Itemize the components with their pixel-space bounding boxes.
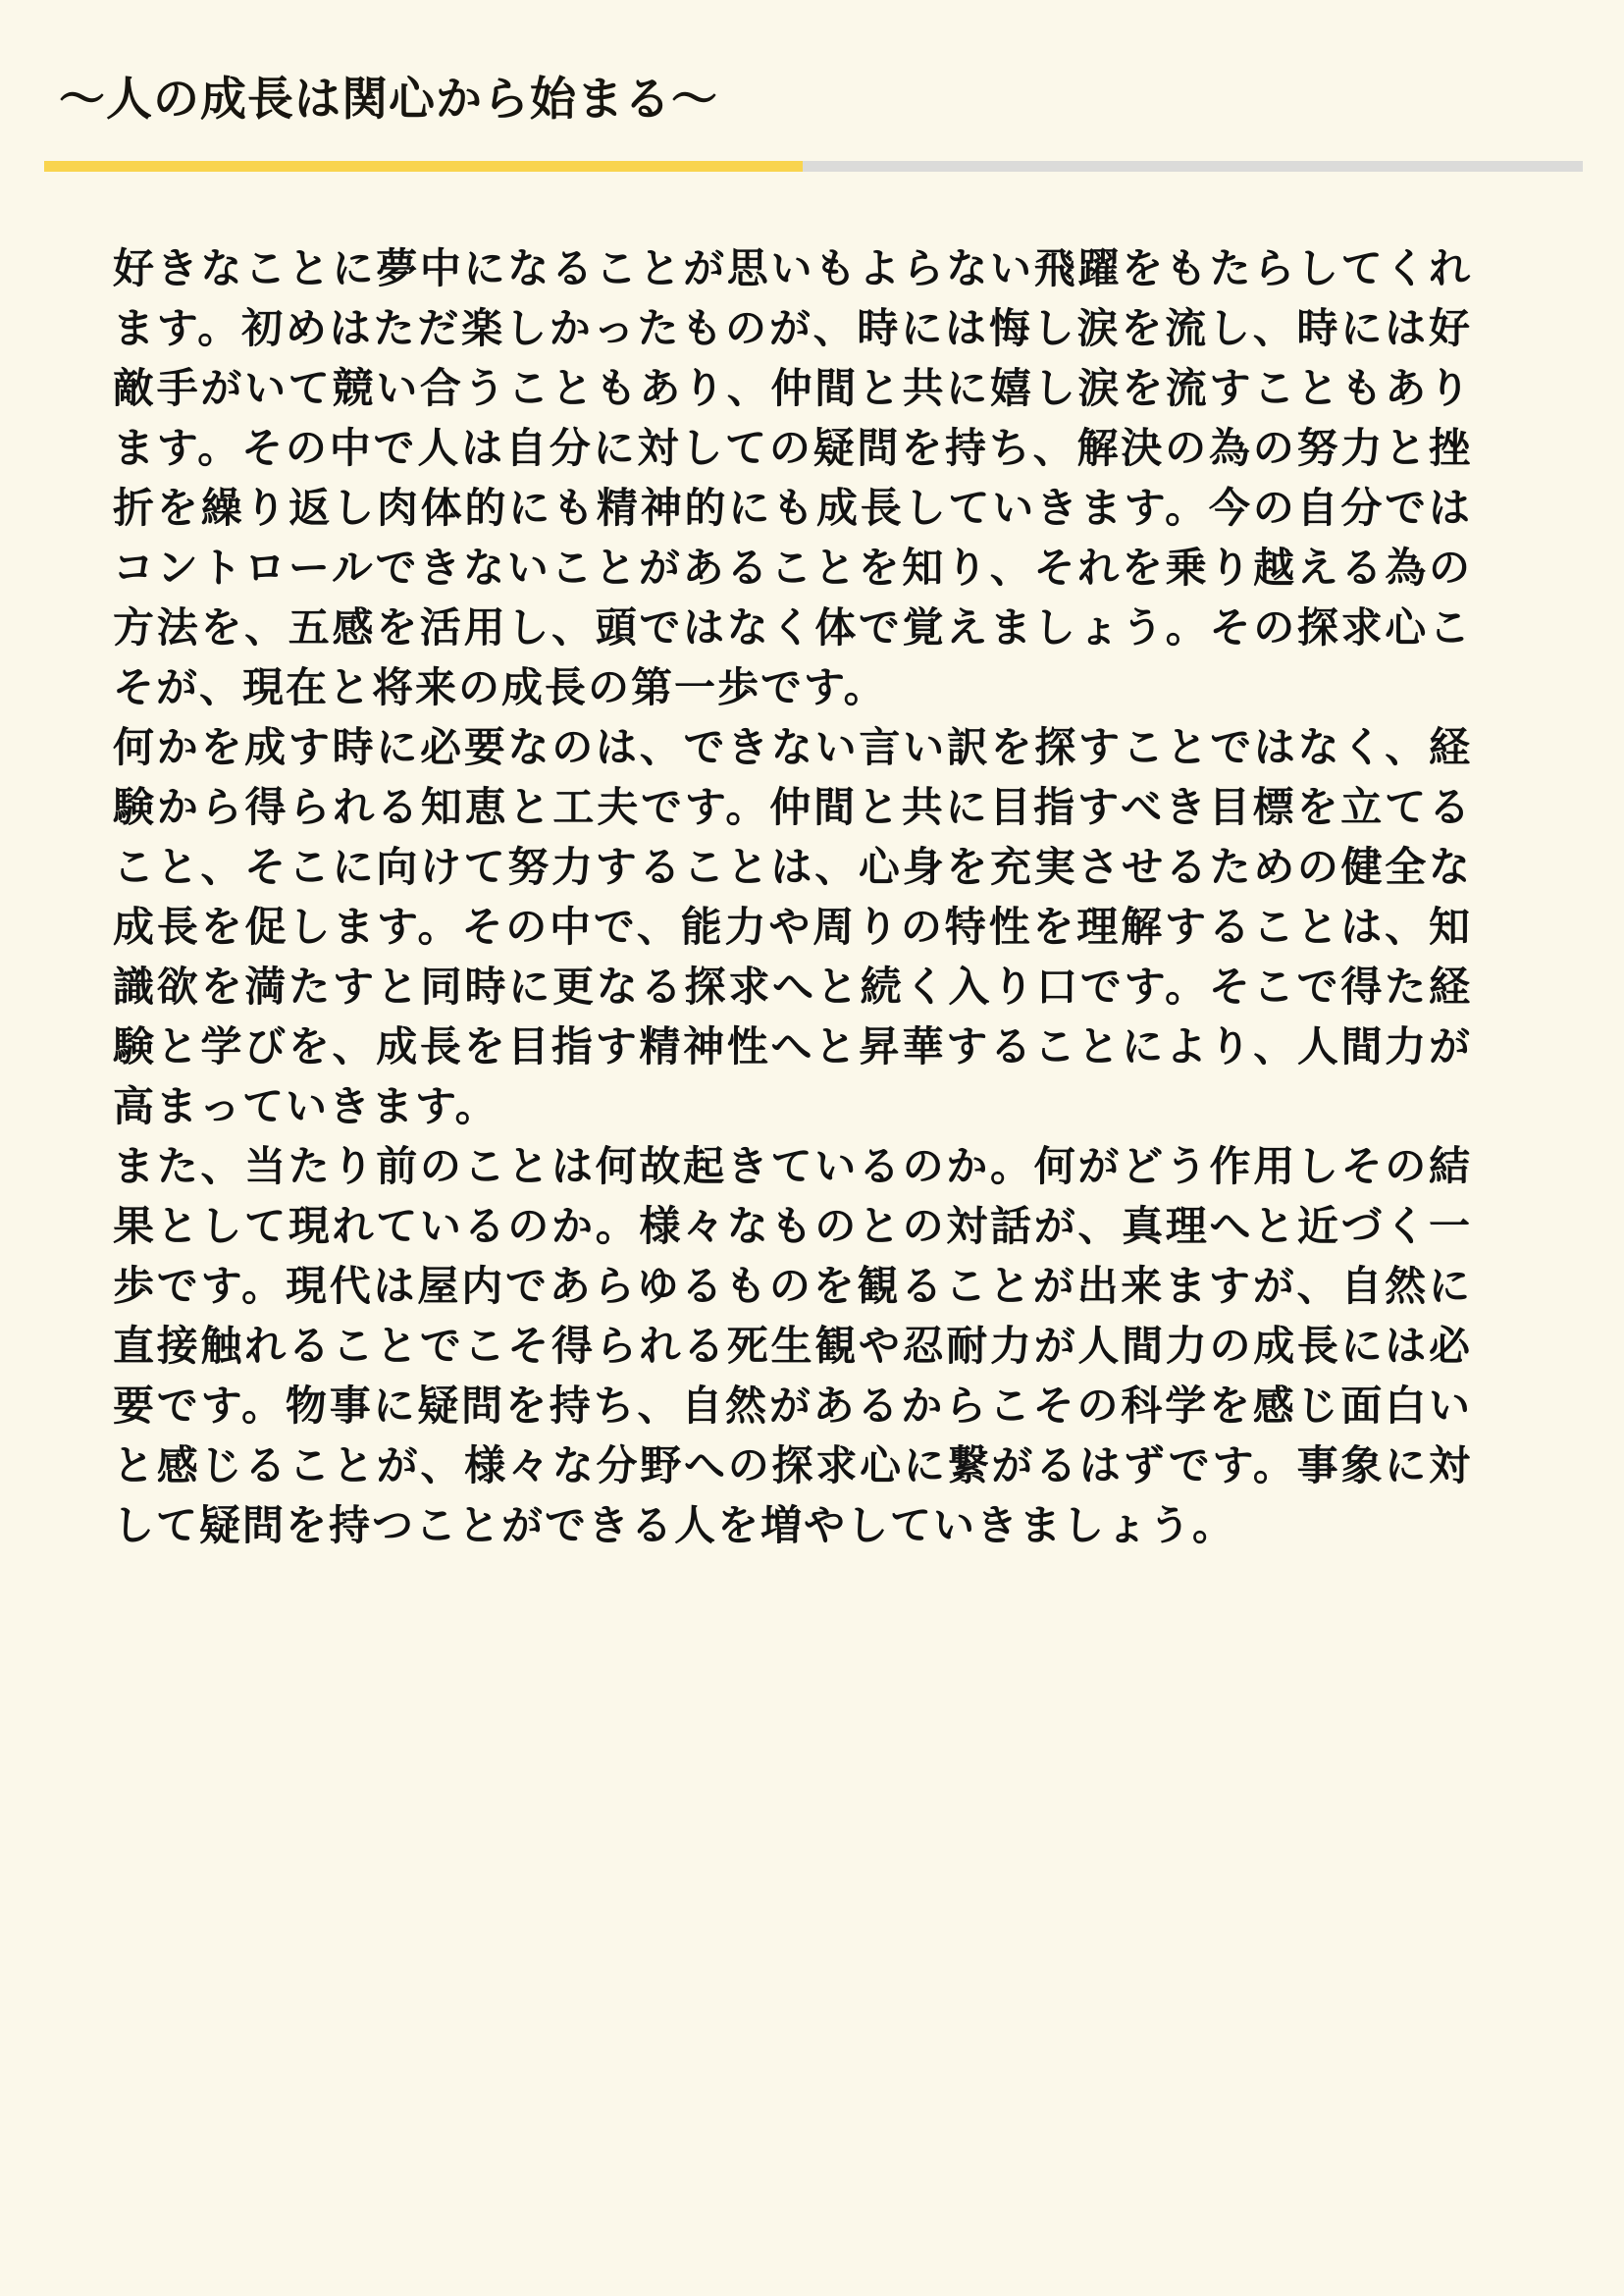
text-line: 果として現れているのか。様々なものとの対話が、真理へと近づく一 [113, 1198, 1472, 1258]
text-line: 高まっていきます。 [113, 1078, 1472, 1138]
text-line: 直接触れることでこそ得られる死生観や忍耐力が人間力の成長には必 [113, 1318, 1472, 1378]
text-line: 成長を促します。その中で、能力や周りの特性を理解することは、知 [113, 899, 1472, 959]
text-line: また、当たり前のことは何故起きているのか。何がどう作用しその結 [113, 1138, 1472, 1198]
document-page: 〜人の成長は関心から始まる〜 好きなことに夢中になることが思いもよらない飛躍をも… [0, 0, 1624, 2296]
text-line: 歩です。現代は屋内であらゆるものを観ることが出来ますが、自然に [113, 1258, 1472, 1318]
text-line: ます。その中で人は自分に対しての疑問を持ち、解決の為の努力と挫 [113, 420, 1472, 480]
text-line: こと、そこに向けて努力することは、心身を充実させるための健全な [113, 839, 1472, 899]
text-line: 験から得られる知恵と工夫です。仲間と共に目指すべき目標を立てる [113, 779, 1472, 839]
text-line: と感じることが、様々な分野への探求心に繋がるはずです。事象に対 [113, 1437, 1472, 1497]
text-line: 敵手がいて競い合うこともあり、仲間と共に嬉し涙を流すこともあり [113, 360, 1472, 420]
page-title: 〜人の成長は関心から始まる〜 [0, 0, 1624, 128]
text-line: して疑問を持つことができる人を増やしていきましょう。 [113, 1497, 1472, 1557]
text-line: 何かを成す時に必要なのは、できない言い訳を探すことではなく、経 [113, 719, 1472, 779]
text-line: 要です。物事に疑問を持ち、自然があるからこその科学を感じ面白い [113, 1378, 1472, 1437]
text-line: 折を繰り返し肉体的にも精神的にも成長していきます。今の自分では [113, 480, 1472, 540]
text-line: そが、現在と将来の成長の第一歩です。 [113, 659, 1472, 719]
divider-yellow-segment [44, 161, 803, 172]
text-line: 験と学びを、成長を目指す精神性へと昇華することにより、人間力が [113, 1018, 1472, 1078]
text-line: コントロールできないことがあることを知り、それを乗り越える為の [113, 540, 1472, 600]
text-line: 識欲を満たすと同時に更なる探求へと続く入り口です。そこで得た経 [113, 959, 1472, 1018]
divider-gray-segment [803, 161, 1583, 172]
divider-bar [44, 161, 1583, 172]
body-text: 好きなことに夢中になることが思いもよらない飛躍をもたらしてくれます。初めはただ楽… [113, 240, 1472, 1557]
text-line: 方法を、五感を活用し、頭ではなく体で覚えましょう。その探求心こ [113, 600, 1472, 659]
text-line: ます。初めはただ楽しかったものが、時には悔し涙を流し、時には好 [113, 300, 1472, 360]
text-line: 好きなことに夢中になることが思いもよらない飛躍をもたらしてくれ [113, 240, 1472, 300]
